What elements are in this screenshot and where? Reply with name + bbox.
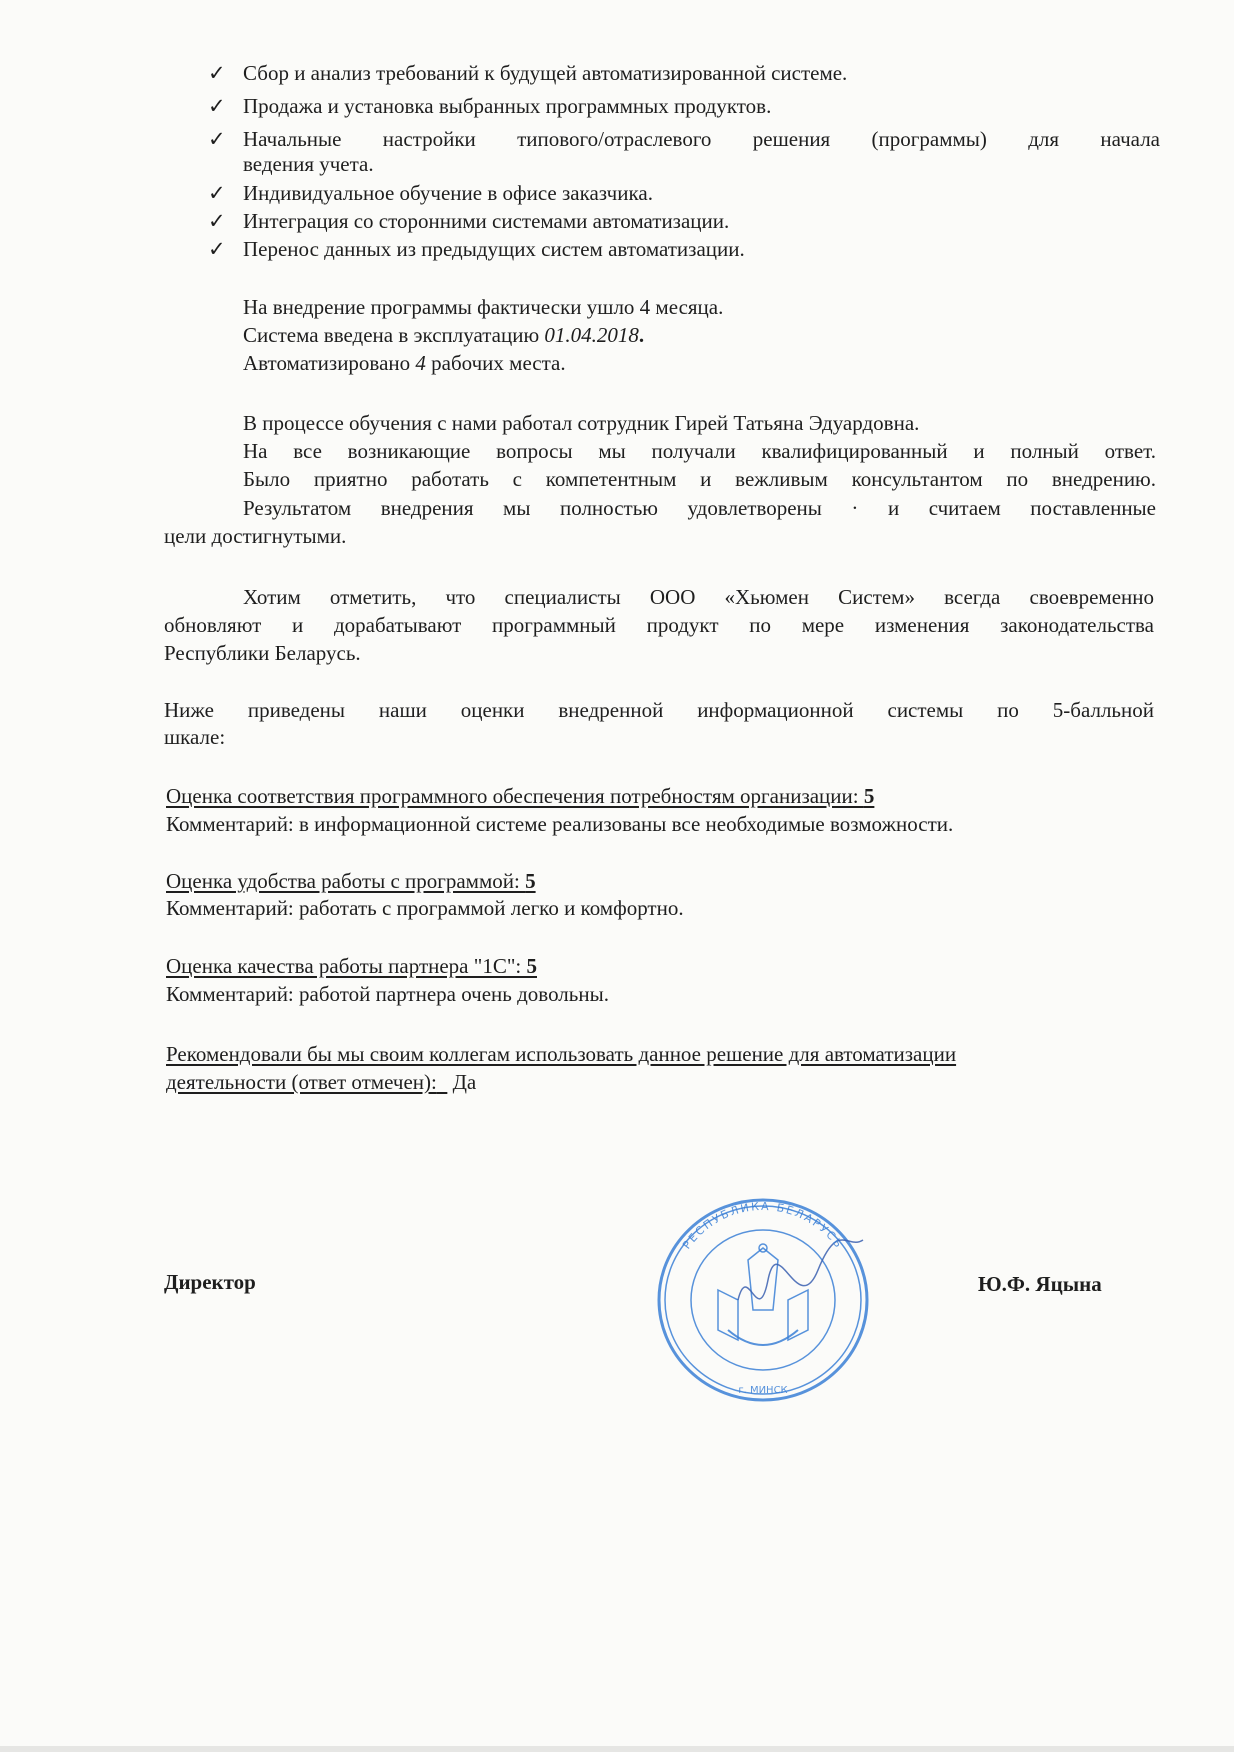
rating-comment-usability: Комментарий: работать с программой легко…	[166, 895, 684, 921]
workplaces-count: 4	[415, 351, 426, 375]
bullet-item: Начальные настройки типового/отраслевого…	[243, 126, 1160, 152]
specialists-line-3: Республики Беларусь.	[164, 640, 361, 666]
workplaces-suffix: рабочих места.	[426, 351, 566, 375]
check-icon: ✓	[208, 60, 226, 86]
bullet-item: Индивидуальное обучение в офисе заказчик…	[243, 180, 653, 206]
training-line-4: Результатом внедрения мы полностью удовл…	[243, 495, 1156, 521]
specialists-line-1: Хотим отметить, что специалисты ООО «Хью…	[243, 584, 1154, 610]
signature-position: Директор	[164, 1269, 256, 1295]
signature-name: Ю.Ф. Яцына	[978, 1271, 1102, 1297]
check-icon: ✓	[208, 126, 226, 152]
rating-label-text: Оценка качества работы партнера "1С":	[166, 954, 527, 978]
launch-date: 01.04.2018	[544, 323, 639, 347]
training-line-5: цели достигнутыми.	[164, 523, 346, 549]
check-icon: ✓	[208, 236, 226, 262]
training-line-2: На все возникающие вопросы мы получали к…	[243, 438, 1156, 464]
rating-comment-partner: Комментарий: работой партнера очень дово…	[166, 981, 609, 1007]
launch-label: Система введена в эксплуатацию	[243, 323, 544, 347]
rating-label-fit: Оценка соответствия программного обеспеч…	[166, 783, 874, 809]
bullet-item-continuation: ведения учета.	[243, 151, 374, 177]
rating-label-partner: Оценка качества работы партнера "1С": 5	[166, 953, 537, 979]
bullet-item: Продажа и установка выбранных программны…	[243, 93, 771, 119]
stamp-city: г. МИНСК	[738, 1385, 787, 1396]
rating-score: 5	[864, 784, 875, 808]
rating-label-text: Оценка удобства работы с программой:	[166, 869, 525, 893]
launch-line: Система введена в эксплуатацию 01.04.201…	[243, 322, 644, 348]
bullet-item: Перенос данных из предыдущих систем авто…	[243, 236, 745, 262]
rating-label-text: Оценка соответствия программного обеспеч…	[166, 784, 864, 808]
rating-score: 5	[527, 954, 538, 978]
ratings-intro-line-2: шкале:	[164, 724, 225, 750]
rating-comment-fit: Комментарий: в информационной системе ре…	[166, 811, 953, 837]
rating-score: 5	[525, 869, 536, 893]
official-stamp-icon: РЕСПУБЛИКА БЕЛАРУСЬ г. МИНСК	[648, 1190, 878, 1410]
scan-bottom-edge	[0, 1746, 1234, 1752]
bullet-item: Интеграция со сторонними системами автом…	[243, 208, 729, 234]
check-icon: ✓	[208, 180, 226, 206]
check-icon: ✓	[208, 208, 226, 234]
recommendation-question-line-1: Рекомендовали бы мы своим коллегам испол…	[166, 1041, 956, 1067]
ratings-intro-line-1: Ниже приведены наши оценки внедренной ин…	[164, 697, 1154, 723]
launch-period: .	[639, 323, 644, 347]
rating-label-usability: Оценка удобства работы с программой: 5	[166, 868, 536, 894]
workplaces-label: Автоматизировано	[243, 351, 415, 375]
specialists-line-2: обновляют и дорабатывают программный про…	[164, 612, 1154, 638]
training-line-3: Было приятно работать с компетентным и в…	[243, 466, 1156, 492]
recommendation-answer: Да	[453, 1070, 477, 1094]
training-line-1: В процессе обучения с нами работал сотру…	[243, 410, 919, 436]
recommendation-line-2: деятельности (ответ отмечен): Да	[166, 1069, 476, 1095]
workplaces-line: Автоматизировано 4 рабочих места.	[243, 350, 566, 376]
recommendation-question-line-2: деятельности (ответ отмечен):	[166, 1070, 437, 1094]
bullet-item: Сбор и анализ требований к будущей автом…	[243, 60, 847, 86]
document-page: ✓ Сбор и анализ требований к будущей авт…	[0, 0, 1234, 1752]
check-icon: ✓	[208, 93, 226, 119]
implementation-duration: На внедрение программы фактически ушло 4…	[243, 294, 723, 320]
